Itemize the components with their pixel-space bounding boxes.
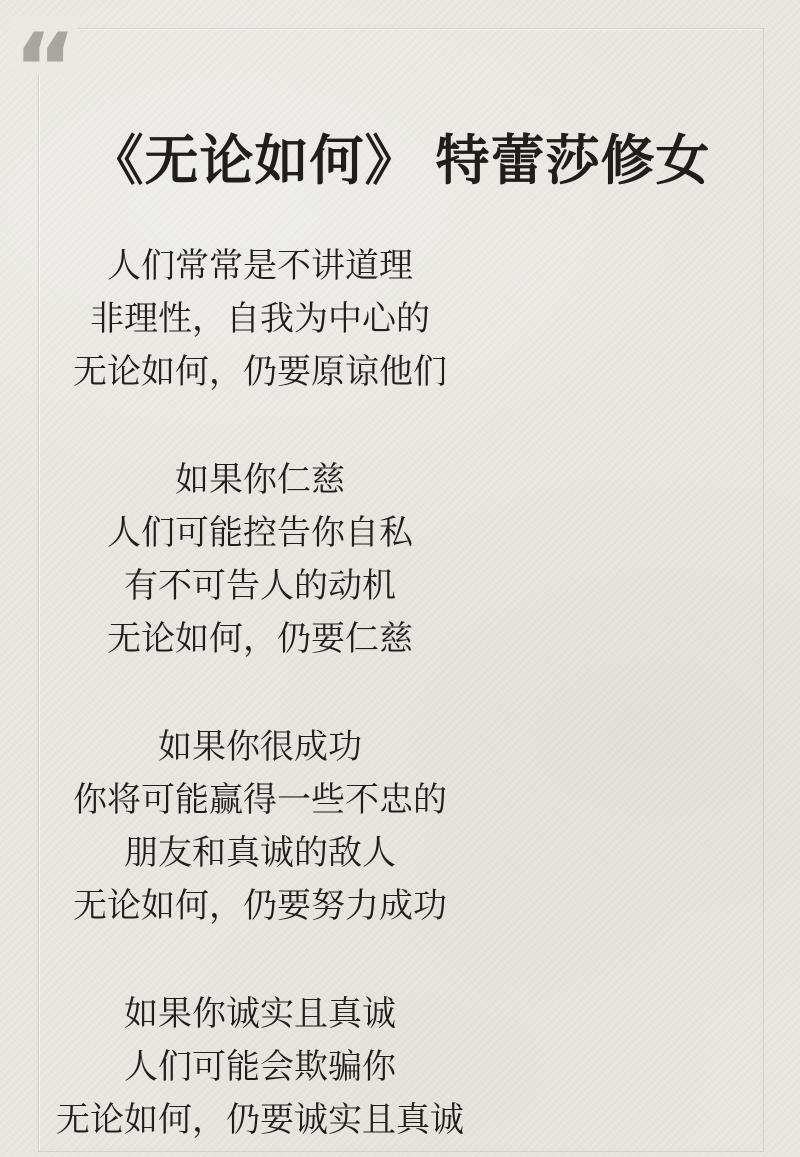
poem-line: 朋友和真诚的敌人 <box>48 827 472 880</box>
poem-line: 非理性，自我为中心的 <box>48 293 472 346</box>
poem-line: 无论如何，仍要诚实且真诚 <box>48 1094 472 1147</box>
poem-line: 人们常常是不讲道理 <box>48 240 472 293</box>
poem-line: 如果你很成功 <box>48 721 472 774</box>
poem-line: 有不可告人的动机 <box>48 560 472 613</box>
poem-line: 人们可能控告你自私 <box>48 507 472 560</box>
open-quote-icon: “ <box>12 16 78 74</box>
poem-line: 你将可能赢得一些不忠的 <box>48 774 472 827</box>
stanza-2: 如果你仁慈 人们可能控告你自私 有不可告人的动机 无论如何，仍要仁慈 <box>48 454 472 666</box>
poem-line: 无论如何，仍要努力成功 <box>48 880 472 933</box>
poem-line: 如果你仁慈 <box>48 454 472 507</box>
poem-body: 人们常常是不讲道理 非理性，自我为中心的 无论如何，仍要原谅他们 如果你仁慈 人… <box>48 240 472 1147</box>
stanza-1: 人们常常是不讲道理 非理性，自我为中心的 无论如何，仍要原谅他们 <box>48 240 472 399</box>
poem-line: 无论如何，仍要仁慈 <box>48 613 472 666</box>
stanza-3: 如果你很成功 你将可能赢得一些不忠的 朋友和真诚的敌人 无论如何，仍要努力成功 <box>48 721 472 933</box>
stanza-4: 如果你诚实且真诚 人们可能会欺骗你 无论如何，仍要诚实且真诚 <box>48 988 472 1147</box>
poem-line: 无论如何，仍要原谅他们 <box>48 346 472 399</box>
poster-title: 《无论如何》 特蕾莎修女 <box>38 118 762 195</box>
quote-poster: “ 《无论如何》 特蕾莎修女 人们常常是不讲道理 非理性，自我为中心的 无论如何… <box>0 0 800 1157</box>
poem-line: 人们可能会欺骗你 <box>48 1041 472 1094</box>
poem-line: 如果你诚实且真诚 <box>48 988 472 1041</box>
